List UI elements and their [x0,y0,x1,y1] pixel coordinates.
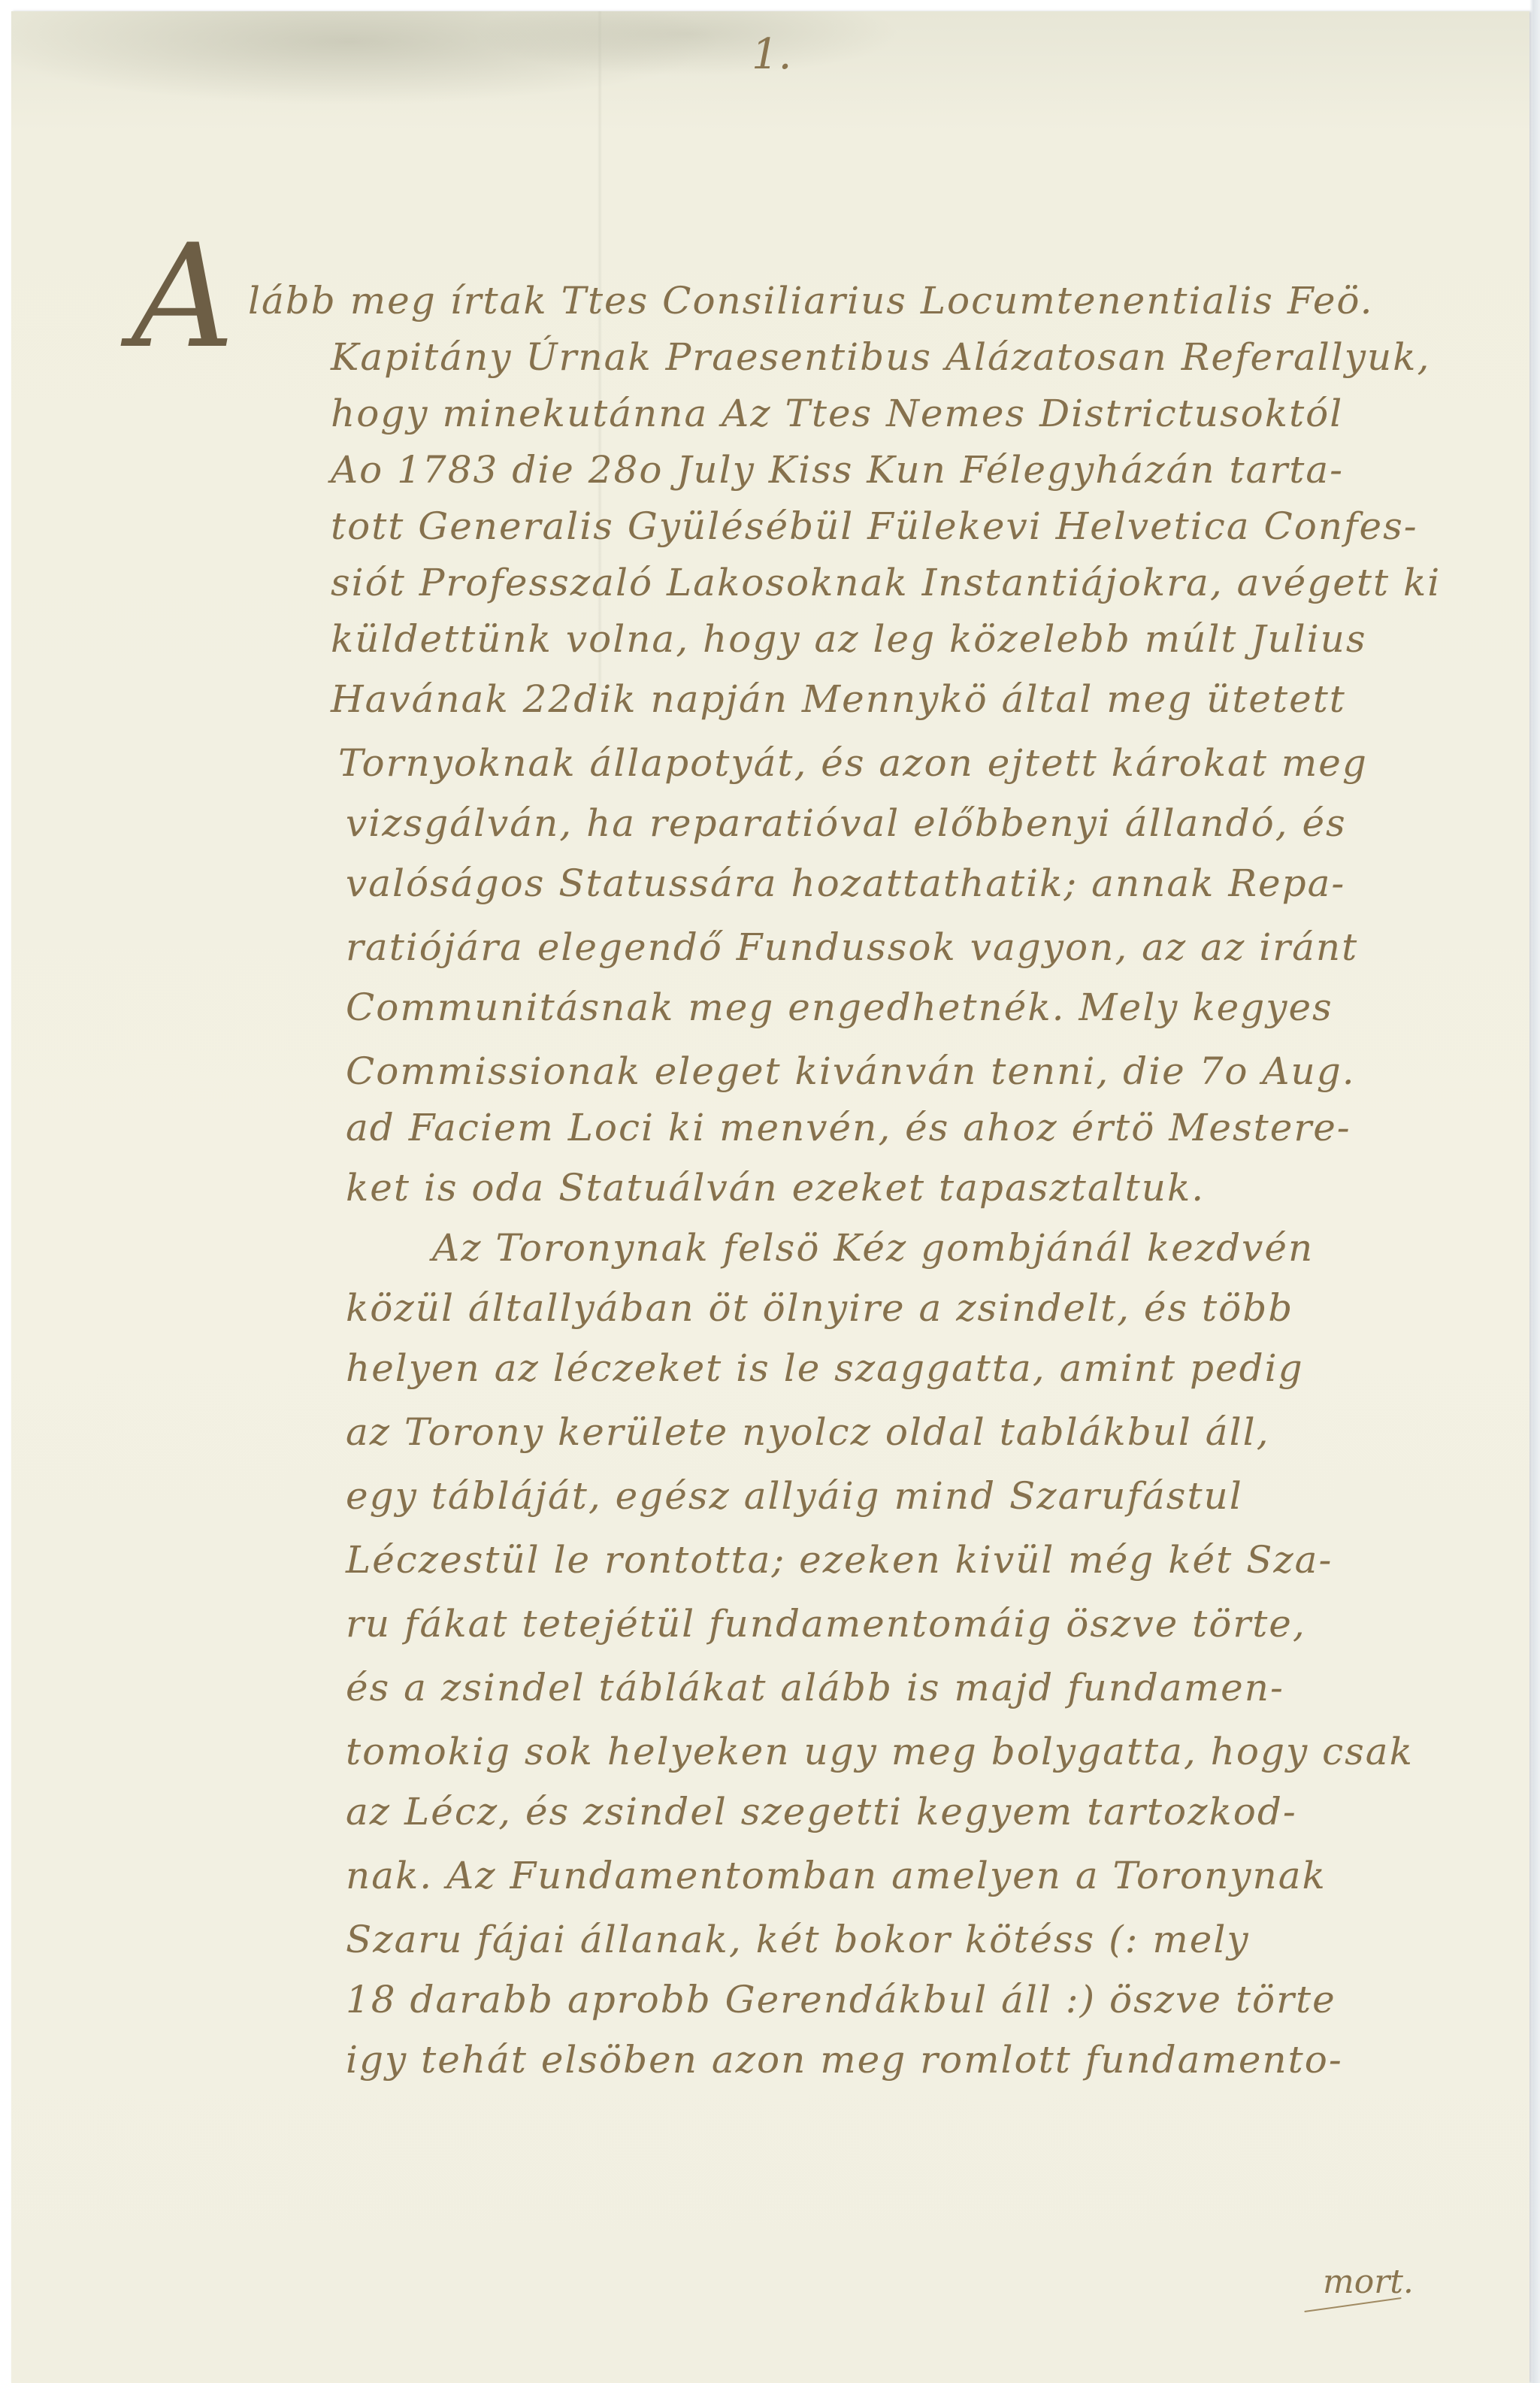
text-line: Ao 1783 die 28o July Kiss Kun Félegyházá… [331,444,1344,496]
text-line: Communitásnak meg engedhetnék. Mely kegy… [346,981,1333,1034]
text-line: Szaru fájai állanak, két bokor kötéss (:… [346,1913,1250,1966]
decorated-initial: A [132,226,234,368]
text-line: az Torony kerülete nyolcz oldal tablákbu… [346,1406,1269,1458]
text-line: ratiójára elegendő Fundussok vagyon, az … [346,921,1358,973]
text-line: ad Faciem Loci ki menvén, és ahoz értö M… [346,1101,1351,1154]
text-line: nak. Az Fundamentomban amelyen a Toronyn… [346,1849,1327,1902]
text-line: Az Toronynak felsö Kéz gombjánál kezdvén [432,1222,1314,1274]
text-line: az Lécz, és zsindel szegetti kegyem tart… [346,1785,1297,1838]
text-line: ru fákat tetejétül fundamentomáig öszve … [346,1597,1306,1650]
text-line: Commissionak eleget kivánván tenni, die … [346,1045,1356,1098]
text-line: egy tábláját, egész allyáig mind Szarufá… [346,1470,1243,1522]
manuscript-text: A lább meg írtak Ttes Consiliarius Locum… [0,0,1540,2383]
text-line: lább meg írtak Ttes Consiliarius Locumte… [248,274,1374,327]
text-line: küldettünk volna, hogy az leg közelebb m… [331,613,1367,665]
text-line: Havának 22dik napján Mennykö által meg ü… [331,673,1346,725]
text-line: tott Generalis Gyülésébül Fülekevi Helve… [331,500,1418,553]
text-line: Tornyoknak állapotyát, és azon ejtett ká… [338,737,1368,789]
text-line: és a zsindel táblákat alább is majd fund… [346,1661,1284,1714]
text-line: hogy minekutánna Az Ttes Nemes Districtu… [331,387,1343,440]
catchword-signature: mort. [1323,2263,1414,2301]
text-line: helyen az léczeket is le szaggatta, amin… [346,1342,1304,1394]
text-line: ket is oda Statuálván ezeket tapasztaltu… [346,1161,1205,1214]
text-line: 18 darabb aprobb Gerendákbul áll :) öszv… [346,1973,1336,2026]
text-line: közül általlyában öt ölnyire a zsindelt,… [346,1282,1293,1334]
text-line: valóságos Statussára hozattathatik; anna… [346,857,1345,910]
text-line: Léczestül le rontotta; ezeken kivül még … [346,1534,1333,1586]
text-line: vizsgálván, ha reparatióval előbbenyi ál… [346,797,1347,849]
text-line: igy tehát elsöben azon meg romlott funda… [346,2033,1343,2086]
text-line: Kapitány Úrnak Praesentibus Alázatosan R… [331,331,1430,383]
text-line: tomokig sok helyeken ugy meg bolygatta, … [346,1725,1414,1778]
text-line: siót Professzaló Lakosoknak Instantiájok… [331,556,1441,609]
